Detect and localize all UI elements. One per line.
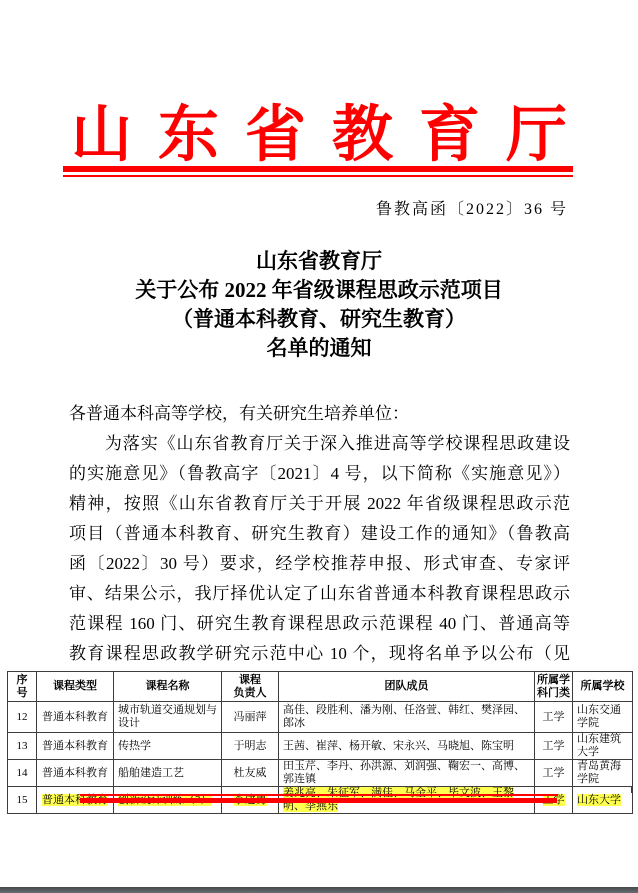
cell-discipline: 工学 [535,702,573,733]
table-row: 14 普通本科教育 船舶建造工艺 杜友威 田玉芹、李丹、孙洪源、刘润强、鞠宏一、… [8,760,633,787]
cell-course-name: 城市轨道交通规划与设计 [114,702,222,733]
col-header-discipline: 所属学 科门类 [535,672,573,702]
cell-no: 12 [8,702,37,733]
cell-leader: 冯丽萍 [222,702,279,733]
col-header-leader: 课程 负责人 [222,672,279,702]
notice-title: 山东省教育厅 关于公布 2022 年省级课程思政示范项目 （普通本科教育、研究生… [0,247,638,363]
cell-team: 高佳、段胜利、潘为刚、任洛萱、韩红、樊泽园、郎冰 [279,702,535,733]
body-line: 审、结果公示，我厅择优认定了山东省普通本科教育课程思政示 [69,579,570,609]
col-header-no: 序 号 [8,672,37,702]
letterhead-separator-thick [63,166,573,172]
notice-title-line-2: 关于公布 2022 年省级课程思政示范项目 [0,276,638,305]
cell-discipline: 工学 [535,733,573,760]
table-continuation-stub [221,787,222,793]
cell-leader: 杜友威 [222,760,279,787]
cell-school: 山东建筑大学 [573,733,633,760]
table-continuation-stub [631,787,632,793]
footer-separator-thin [80,794,558,796]
col-header-school: 所属学校 [573,672,633,702]
body-line: 项目（普通本科教育、研究生教育）建设工作的通知》（鲁教高 [69,519,570,549]
course-list-table: 序 号 课程类型 课程名称 课程 负责人 团队成员 所属学 科门类 所属学校 1… [7,671,633,814]
col-header-course-type: 课程类型 [37,672,114,702]
cell-course-name: 传热学 [114,733,222,760]
highlighted-text: 山东大学 [577,794,621,806]
notice-body: 各普通本科高等学校，有关研究生培养单位： 为落实《山东省教育厅关于深入推进高等学… [69,399,570,669]
document-page: 山东省教育厅 鲁教高函〔2022〕36 号 山东省教育厅 关于公布 2022 年… [0,0,638,893]
document-number: 鲁教高函〔2022〕36 号 [376,196,568,219]
body-line: 精神，按照《山东省教育厅关于开展 2022 年省级课程思政示范 [69,489,570,519]
cell-no: 13 [8,733,37,760]
col-header-course-name: 课程名称 [114,672,222,702]
table-row: 12 普通本科教育 城市轨道交通规划与设计 冯丽萍 高佳、段胜利、潘为刚、任洛萱… [8,702,633,733]
letterhead-separator-thin [63,175,573,177]
cell-discipline: 工学 [535,760,573,787]
cell-leader: 于明志 [222,733,279,760]
cell-school: 山东交通学院 [573,702,633,733]
window-bottom-edge [0,887,638,893]
cell-team: 田玉芹、李丹、孙洪源、刘润强、鞠宏一、高博、郭连镇 [279,760,535,787]
table-row: 13 普通本科教育 传热学 于明志 王茜、崔萍、杨开敏、宋永兴、马晓旭、陈宝明 … [8,733,633,760]
cell-no: 14 [8,760,37,787]
col-header-team: 团队成员 [279,672,535,702]
table-continuation-stub [36,787,37,793]
cell-course-type: 普通本科教育 [37,702,114,733]
table-continuation-stub [534,787,535,793]
salutation-line: 各普通本科高等学校，有关研究生培养单位： [69,399,570,429]
cell-no: 15 [8,787,37,814]
notice-title-line-3: （普通本科教育、研究生教育） [0,305,638,334]
body-line: 范课程 160 门、研究生教育课程思政示范课程 40 门、普通高等 [69,609,570,639]
body-line: 的实施意见》（鲁教高字〔2021〕4 号，以下简称《实施意见》） [69,459,570,489]
body-line: 教育课程思政教学研究示范中心 10 个，现将名单予以公布（见 [69,639,570,669]
table-continuation-stub [113,787,114,793]
cell-school: 山东大学 [573,787,633,814]
table-continuation-stub [572,787,573,793]
table-continuation-stub [278,787,279,793]
body-line: 为落实《山东省教育厅关于深入推进高等学校课程思政建设 [69,429,570,459]
footer-separator-thick [80,798,557,803]
cell-course-name: 船舶建造工艺 [114,760,222,787]
table-header-row: 序 号 课程类型 课程名称 课程 负责人 团队成员 所属学 科门类 所属学校 [8,672,633,702]
cell-team: 王茜、崔萍、杨开敏、宋永兴、马晓旭、陈宝明 [279,733,535,760]
cell-course-type: 普通本科教育 [37,733,114,760]
notice-title-line-1: 山东省教育厅 [0,247,638,276]
cell-course-type: 普通本科教育 [37,760,114,787]
table-continuation-stub [7,787,8,793]
cell-school: 青岛黄海学院 [573,760,633,787]
notice-title-line-4: 名单的通知 [0,334,638,363]
letterhead-agency-title: 山东省教育厅 [0,86,638,173]
body-line: 函〔2022〕30 号）要求，经学校推荐申报、形式审查、专家评 [69,549,570,579]
